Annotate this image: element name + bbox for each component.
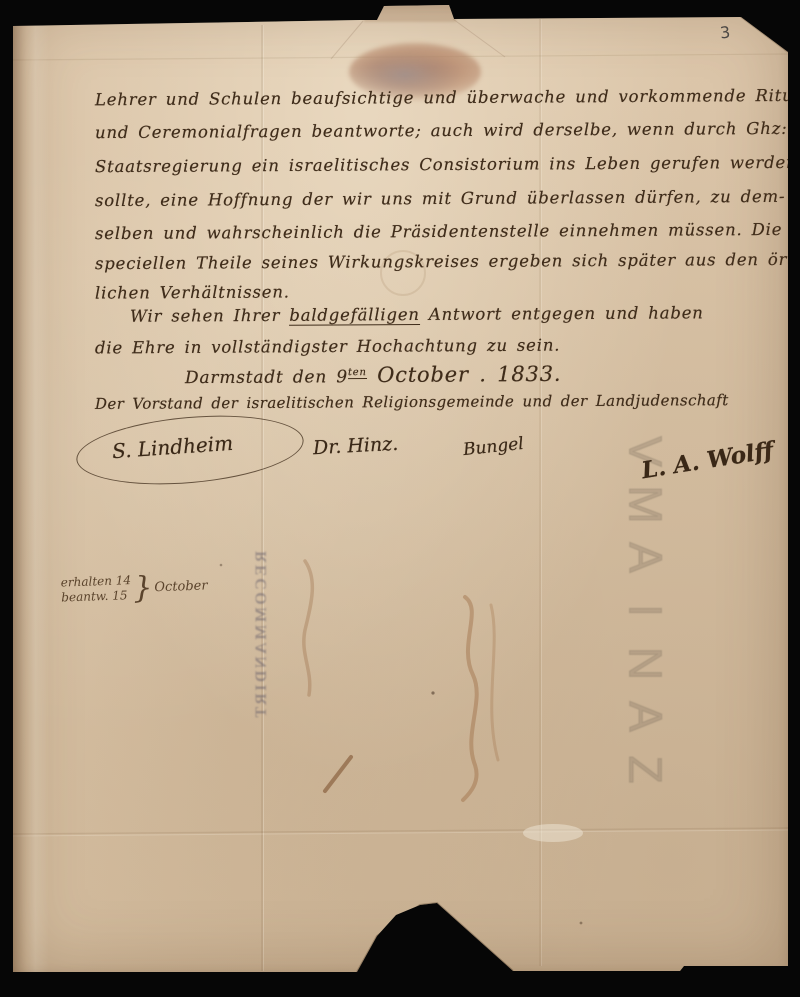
- letter-closing-line-2: die Ehre in vollständigster Hochachtung …: [95, 336, 560, 358]
- letter-paper-sheet: V M A I N A Z: [13, 5, 788, 973]
- letter-line-2: und Ceremonialfragen beantworte; auch wi…: [95, 119, 788, 142]
- signature-bungel: Bungel: [462, 434, 525, 460]
- letter-closing-line: Wir sehen Ihrer baldgefälligen Antwort e…: [130, 303, 704, 326]
- page-number: 3: [719, 23, 731, 43]
- letter-line-3: Staatsregierung ein israelitisches Consi…: [95, 153, 798, 176]
- letter-line-7: lichen Verhältnissen.: [95, 282, 290, 302]
- margin-note-brace: }: [133, 580, 153, 596]
- letter-line-6: speciellen Theile seines Wirkungskreises…: [95, 250, 800, 273]
- ink-bleedthrough-marks: [304, 561, 498, 800]
- margin-note-received: erhalten 14: [61, 573, 132, 589]
- closing-underlined-word: baldgefälligen: [289, 305, 420, 326]
- date-place: Darmstadt den 9: [185, 367, 348, 388]
- signature-hinz: Dr. Hinz.: [312, 433, 398, 459]
- letter-line-1: Lehrer und Schulen beaufsichtige und übe…: [95, 86, 800, 109]
- recommandirt-stamp-bleedthrough: RECOMMANDIRT: [253, 551, 293, 793]
- margin-note-answered: beantw. 15: [61, 588, 128, 604]
- closing-pre: Wir sehen Ihrer: [130, 306, 289, 326]
- date-ordinal: ten: [348, 367, 367, 379]
- scan-background: V M A I N A Z: [0, 0, 800, 997]
- margin-receipt-note: erhalten 14 beantw. 15}October: [61, 570, 209, 605]
- date-month-year: October . 1833.: [367, 362, 562, 387]
- dateline: Darmstadt den 9ten October . 1833.: [185, 362, 561, 388]
- left-edge-curl-shadow: [13, 19, 49, 973]
- signature-lindheim-block: S. Lindheim: [76, 417, 304, 483]
- closing-post: Antwort entgegen und haben: [420, 303, 704, 324]
- letter-line-4: sollte, eine Hoffnung der wir uns mit Gr…: [95, 187, 785, 210]
- margin-note-month: October: [154, 578, 208, 595]
- letter-line-5: selben und wahrscheinlich die Präsidente…: [95, 220, 782, 243]
- sender-line: Der Vorstand der israelitischen Religion…: [95, 391, 729, 413]
- paper-tab-fold: [364, 5, 456, 22]
